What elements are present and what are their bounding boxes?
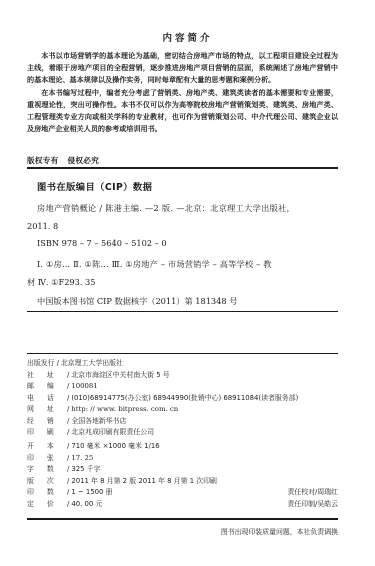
pub-row-sheets: 印张/17. 25 <box>27 453 93 464</box>
pub-value: 1 ~ 1500 册 <box>71 488 112 496</box>
pub-row-publisher: 出版发行/北京理工大学出版社 <box>27 358 123 369</box>
cip-classification: Ⅰ. ①房… Ⅱ. ①陈… Ⅲ. ①房地产 – 市场营销学 – 高等学校 – 教 <box>37 259 272 270</box>
divider-rule <box>27 353 338 354</box>
summary-title: 内容简介 <box>0 30 375 44</box>
pub-row-address: 社址/北京市海淀区中关村南大街 5 号 <box>27 370 170 381</box>
pub-value: 710 毫米 ×1000 毫米 1/16 <box>71 442 159 450</box>
pub-key: 印刷 <box>27 427 65 438</box>
pub-key: 电话 <box>27 393 65 404</box>
pub-row-printer: 印刷/北京兆成印刷有限责任公司 <box>27 427 154 438</box>
pub-key: 印数 <box>27 487 65 498</box>
pub-row-edition: 版次/2011 年 8 月第 2 版 2011 年 8 月第 1 次印刷 <box>27 476 217 487</box>
pub-key: 出版发行 <box>27 358 55 369</box>
divider-rule <box>27 311 338 312</box>
cip-bibliographic-line: 房地产营销概论 / 陈港主编. —2 版. —北京：北京理工大学出版社， <box>37 203 295 214</box>
pub-key: 开本 <box>27 441 65 452</box>
summary-paragraph: 本书以市场营销学的基本理论为基础，密切结合房地产市场的特点，以工程项目建设全过程… <box>27 50 338 87</box>
pub-row-format: 开本/710 毫米 ×1000 毫米 1/16 <box>27 441 160 452</box>
pub-value: 2011 年 8 月第 2 版 2011 年 8 月第 1 次印刷 <box>71 477 217 485</box>
pub-value: (010)68914775(办公室) 68944990(批销中心) 689110… <box>71 394 298 402</box>
pub-row-wordcount: 字数/325 千字 <box>27 464 100 475</box>
pub-value: 北京理工大学出版社 <box>61 359 123 367</box>
proofreader-name: 周瑞红 <box>317 488 338 496</box>
pub-row-website: 网址/http: // www. bitpress. com. cn <box>27 404 178 415</box>
pub-key: 印张 <box>27 453 65 464</box>
pub-value: 全国各地新华书店 <box>71 417 126 425</box>
pub-key: 版次 <box>27 476 65 487</box>
pub-row-postcode: 邮编/100081 <box>27 381 98 392</box>
cip-library-note: 中国版本图书馆 CIP 数据核字（2011）第 181348 号 <box>37 296 237 307</box>
print-editor-credit: 责任印制/吴皓云 <box>287 499 338 510</box>
pub-value: 100081 <box>71 382 97 390</box>
quality-guarantee-note: 图书出现印装质量问题，本社负责调换 <box>221 526 338 536</box>
pub-key: 网址 <box>27 404 65 415</box>
pub-key: 字数 <box>27 464 65 475</box>
pub-row-price: 定价/40. 00 元 <box>27 499 102 510</box>
cip-title: 图书在版编目（CIP）数据 <box>37 179 152 193</box>
pub-value: 40. 00 元 <box>71 500 102 508</box>
pub-value: 北京兆成印刷有限责任公司 <box>71 428 154 436</box>
pub-value: 17. 25 <box>71 454 93 462</box>
pub-key: 邮编 <box>27 381 65 392</box>
pub-row-phone: 电话/(010)68914775(办公室) 68944990(批销中心) 689… <box>27 393 298 404</box>
pub-row-distributor: 经销/全国各地新华书店 <box>27 416 126 427</box>
cip-date-line: 2011. 8 <box>27 221 58 231</box>
divider-rule <box>27 167 338 169</box>
pub-key: 经销 <box>27 416 65 427</box>
summary-body: 本书以市场营销学的基本理论为基础，密切结合房地产市场的特点，以工程项目建设全过程… <box>27 50 338 135</box>
pub-key: 社址 <box>27 370 65 381</box>
print-editor-name: 吴皓云 <box>317 500 338 508</box>
pub-value: 325 千字 <box>71 465 100 473</box>
copyright-notice: 版权专有 侵权必究 <box>27 155 99 166</box>
summary-paragraph: 在本书编写过程中，编者充分考虑了营销类、房地产类、建筑类读者的基本需要和专业需要… <box>27 87 338 136</box>
pub-key: 定价 <box>27 499 65 510</box>
divider-rule <box>27 518 338 520</box>
pub-website-link: http: // www. bitpress. com. cn <box>71 405 178 413</box>
pub-row-printrun: 印数/1 ~ 1500 册 <box>27 487 112 498</box>
copyright-page: 内容简介 本书以市场营销学的基本理论为基础，密切结合房地产市场的特点，以工程项目… <box>0 0 375 566</box>
proofreader-credit: 责任校对/周瑞红 <box>287 487 338 498</box>
cip-classification-cont: 材 Ⅳ. ①F293. 35 <box>27 277 95 288</box>
cip-isbn: ISBN 978 – 7 – 5640 – 5102 – 0 <box>37 238 167 248</box>
pub-value: 北京市海淀区中关村南大街 5 号 <box>71 371 169 379</box>
